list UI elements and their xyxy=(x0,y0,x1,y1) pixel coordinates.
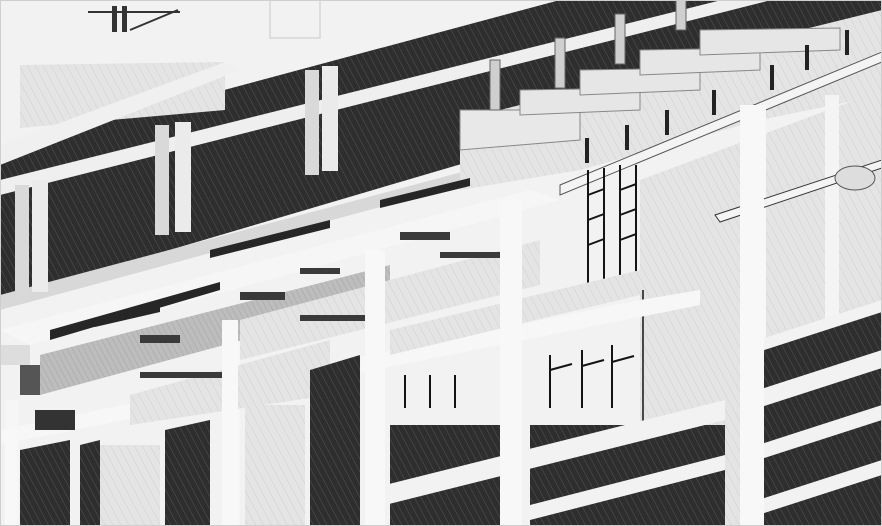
industrial-building-sketch xyxy=(0,0,882,526)
